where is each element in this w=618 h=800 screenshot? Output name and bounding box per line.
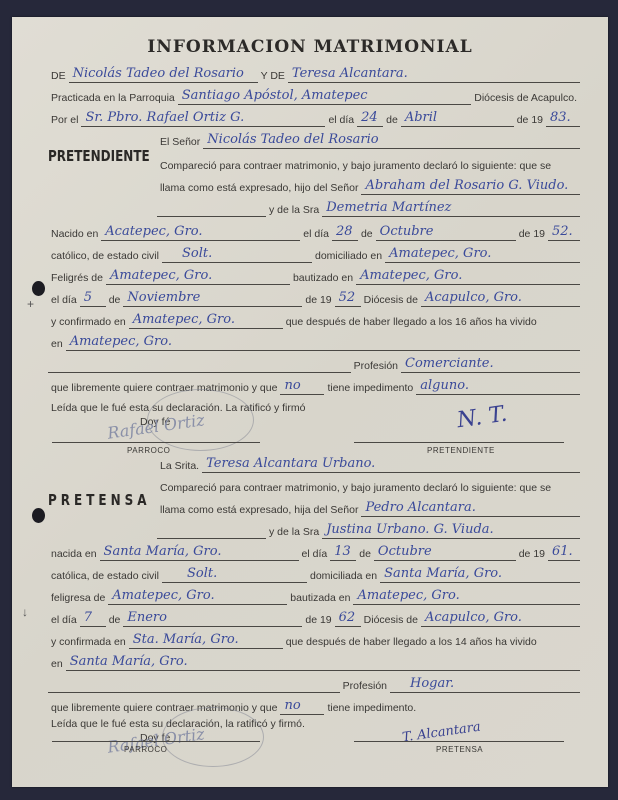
parroco-label: PARROCO — [124, 745, 167, 754]
declaration-text: Compareció para contraer matrimonio, y b… — [157, 481, 554, 495]
groom-birth-row: Nacido en Acatepec, Gro. el día 28 de Oc… — [48, 223, 580, 241]
born-de-label: de — [358, 227, 376, 241]
groom-free-field[interactable]: no — [280, 377, 324, 395]
de-month-label: de — [383, 113, 401, 127]
civil-label: católico, de estado civil — [48, 249, 162, 263]
groom-profession-field[interactable]: Comerciante. — [401, 355, 580, 373]
header-names-row: DE Nicolás Tadeo del Rosario Y DE Teresa… — [48, 65, 580, 83]
bap-dia-label: el día — [48, 293, 80, 307]
bap-de-label: de — [106, 613, 124, 627]
groom-birth-day-field[interactable]: 28 — [332, 223, 358, 241]
baptized-label: bautizada en — [287, 591, 353, 605]
year-field[interactable]: 83. — [546, 109, 580, 127]
groom-mother-row: y de la Sra Demetria Martínez — [157, 199, 580, 217]
en-label: en — [48, 337, 66, 351]
father-label: llama como está expresado, hijo del Seño… — [157, 181, 361, 195]
parroquia-label: Practicada en la Parroquia — [48, 91, 178, 105]
groom-mother-field[interactable]: Demetria Martínez — [322, 199, 580, 217]
born-year-label: de 19 — [516, 227, 548, 241]
bride-domicile-field[interactable]: Santa María, Gro. — [380, 565, 580, 583]
blank-line — [48, 355, 351, 373]
blank-line — [48, 675, 340, 693]
punch-hole — [32, 508, 45, 523]
bap-de-label: de — [106, 293, 124, 307]
bride-father-row: llama como está expresado, hija del Seño… — [157, 499, 580, 517]
pretensa-signer-label: PRETENSA — [436, 745, 483, 754]
day-field[interactable]: 24 — [357, 109, 383, 127]
groom-domicile-field[interactable]: Amatepec, Gro. — [385, 245, 580, 263]
bride-signature-line — [354, 741, 564, 742]
parish-row: Practicada en la Parroquia Santiago Após… — [48, 87, 580, 105]
domicile-label: domiciliada en — [307, 569, 380, 583]
parroco-signature-line — [52, 741, 260, 742]
born-dia-label: el día — [299, 547, 331, 561]
born-de-label: de — [356, 547, 374, 561]
born-label: Nacido en — [48, 227, 101, 241]
bride-bap-day-field[interactable]: 7 — [80, 609, 106, 627]
groom-declaration-row: Compareció para contraer matrimonio, y b… — [157, 155, 580, 173]
bride-civil-field[interactable]: Solt. — [162, 565, 307, 583]
bride-profession-row: Profesión Hogar. — [48, 675, 580, 693]
parish-field[interactable]: Santiago Apóstol, Amatepec — [178, 87, 472, 105]
baptized-label: bautizado en — [290, 271, 356, 285]
bride-mother-field[interactable]: Justina Urbano. G. Viuda. — [322, 521, 580, 539]
confirmed-label: y confirmado en — [48, 315, 129, 329]
groom-bap-diocese-field[interactable]: Acapulco, Gro. — [421, 289, 580, 307]
born-label: nacida en — [48, 547, 100, 561]
groom-signature-line — [354, 442, 564, 443]
groom-birth-year-field[interactable]: 52. — [548, 223, 580, 241]
groom-full-name-field[interactable]: Nicolás Tadeo del Rosario — [203, 131, 580, 149]
groom-bap-day-field[interactable]: 5 — [80, 289, 106, 307]
bride-birth-row: nacida en Santa María, Gro. el día 13 de… — [48, 543, 580, 561]
bride-confirmed-row: y confirmada en Sta. María, Gro. que des… — [48, 631, 580, 649]
blank-line — [157, 521, 266, 539]
profession-label: Profesión — [351, 359, 401, 373]
groom-feligres-row: Feligrés de Amatepec, Gro. bautizado en … — [48, 267, 580, 285]
bride-bap-month-field[interactable]: Enero — [123, 609, 302, 627]
declaration-text: Compareció para contraer matrimonio, y b… — [157, 159, 554, 173]
groom-father-field[interactable]: Abraham del Rosario G. Viudo. — [361, 177, 580, 195]
bap-dia-label: el día — [48, 613, 80, 627]
groom-civil-field[interactable]: Solt. — [162, 245, 312, 263]
bap-year-label: de 19 — [302, 613, 334, 627]
bride-birth-month-field[interactable]: Octubre — [374, 543, 516, 561]
feligres-label: feligresa de — [48, 591, 108, 605]
bride-bap-year-field[interactable]: 62 — [335, 609, 361, 627]
punch-hole — [32, 281, 45, 296]
free-label: que libremente quiere contraer matrimoni… — [48, 381, 280, 395]
bride-mother-row: y de la Sra Justina Urbano. G. Viuda. — [157, 521, 580, 539]
y-de-label: Y DE — [258, 69, 288, 83]
diocese-label: Diócesis de Acapulco. — [471, 91, 580, 105]
officiant-row: Por el Sr. Pbro. Rafael Ortiz G. el día … — [48, 109, 580, 127]
officiant-field[interactable]: Sr. Pbro. Rafael Ortiz G. — [81, 109, 325, 127]
groom-birth-month-field[interactable]: Octubre — [376, 223, 516, 241]
lived-label: que después de haber llegado a los 14 añ… — [283, 635, 540, 649]
civil-label: católica, de estado civil — [48, 569, 162, 583]
groom-feligres-field[interactable]: Amatepec, Gro. — [106, 267, 290, 285]
bride-profession-field[interactable]: Hogar. — [390, 675, 580, 693]
bride-confirmed-field[interactable]: Sta. María, Gro. — [129, 631, 283, 649]
bride-father-field[interactable]: Pedro Alcantara. — [361, 499, 580, 517]
senor-label: El Señor — [157, 135, 203, 149]
bride-feligres-row: feligresa de Amatepec, Gro. bautizada en… — [48, 587, 580, 605]
form-title: INFORMACION MATRIMONIAL — [12, 37, 608, 57]
bride-full-name-field[interactable]: Teresa Alcantara Urbano. — [202, 455, 580, 473]
bride-birth-year-field[interactable]: 61. — [548, 543, 580, 561]
bride-baptized-field[interactable]: Amatepec, Gro. — [353, 587, 580, 605]
bride-srita-row: La Srita. Teresa Alcantara Urbano. — [157, 455, 580, 473]
parroco-label: PARROCO — [127, 446, 170, 455]
domicile-label: domiciliado en — [312, 249, 385, 263]
groom-impediment-field[interactable]: alguno. — [416, 377, 580, 395]
margin-arrow-mark: ↓ — [22, 605, 28, 619]
pretensa-section-label: PRETENSA — [48, 491, 151, 509]
groom-birthplace-field[interactable]: Acatepec, Gro. — [101, 223, 300, 241]
groom-impediment-row: que libremente quiere contraer matrimoni… — [48, 377, 580, 395]
groom-lived-field[interactable]: Amatepec, Gro. — [66, 333, 580, 351]
groom-senor-row: El Señor Nicolás Tadeo del Rosario — [157, 131, 580, 149]
en-label: en — [48, 657, 66, 671]
bride-birthplace-field[interactable]: Santa María, Gro. — [100, 543, 299, 561]
mother-label: y de la Sra — [266, 525, 322, 539]
impediment-label: tiene impedimento — [324, 381, 416, 395]
pretendiente-signer-label: PRETENDIENTE — [427, 446, 495, 455]
bride-civil-row: católica, de estado civil Solt. domicili… — [48, 565, 580, 583]
margin-tick-mark: + — [27, 297, 34, 311]
marriage-information-form: INFORMACION MATRIMONIAL DE Nicolás Tadeo… — [12, 17, 608, 787]
blank-line — [157, 199, 266, 217]
born-dia-label: el día — [300, 227, 332, 241]
dia-label: el día — [325, 113, 357, 127]
bride-lived-field[interactable]: Santa María, Gro. — [66, 653, 580, 671]
groom-confirmed-row: y confirmado en Amatepec, Gro. que despu… — [48, 311, 580, 329]
bride-lived-row: en Santa María, Gro. — [48, 653, 580, 671]
srita-label: La Srita. — [157, 459, 202, 473]
groom-confirmed-field[interactable]: Amatepec, Gro. — [129, 311, 283, 329]
mother-label: y de la Sra — [266, 203, 322, 217]
bride-baptism-date-row: el día 7 de Enero de 19 62 Diócesis de A… — [48, 609, 580, 627]
father-label: llama como está expresado, hija del Seño… — [157, 503, 361, 517]
bap-diocese-label: Diócesis de — [361, 293, 421, 307]
lived-label: que después de haber llegado a los 16 añ… — [283, 315, 540, 329]
profession-label: Profesión — [340, 679, 390, 693]
bride-feligres-field[interactable]: Amatepec, Gro. — [108, 587, 287, 605]
confirmed-label: y confirmada en — [48, 635, 129, 649]
born-year-label: de 19 — [516, 547, 548, 561]
groom-father-row: llama como está expresado, hijo del Seño… — [157, 177, 580, 195]
groom-bap-year-field[interactable]: 52 — [335, 289, 361, 307]
groom-bap-month-field[interactable]: Noviembre — [123, 289, 302, 307]
groom-baptism-date-row: el día 5 de Noviembre de 19 52 Diócesis … — [48, 289, 580, 307]
bap-year-label: de 19 — [302, 293, 334, 307]
month-field[interactable]: Abril — [401, 109, 514, 127]
year-label: de 19 — [514, 113, 546, 127]
groom-lived-row: en Amatepec, Gro. — [48, 333, 580, 351]
de-label: DE — [48, 69, 69, 83]
feligres-label: Feligrés de — [48, 271, 106, 285]
bride-bap-diocese-field[interactable]: Acapulco, Gro. — [421, 609, 580, 627]
por-el-label: Por el — [48, 113, 81, 127]
bap-diocese-label: Diócesis de — [361, 613, 421, 627]
groom-baptized-field[interactable]: Amatepec, Gro. — [356, 267, 580, 285]
bride-birth-day-field[interactable]: 13 — [330, 543, 356, 561]
groom-profession-row: Profesión Comerciante. — [48, 355, 580, 373]
bride-declaration-row: Compareció para contraer matrimonio, y b… — [157, 477, 580, 495]
groom-name-field[interactable]: Nicolás Tadeo del Rosario — [69, 65, 258, 83]
parroco-signature-line — [52, 442, 260, 443]
groom-civil-row: católico, de estado civil Solt. domicili… — [48, 245, 580, 263]
pretendiente-section-label: PRETENDIENTE — [48, 147, 150, 165]
bride-name-field[interactable]: Teresa Alcantara. — [288, 65, 580, 83]
